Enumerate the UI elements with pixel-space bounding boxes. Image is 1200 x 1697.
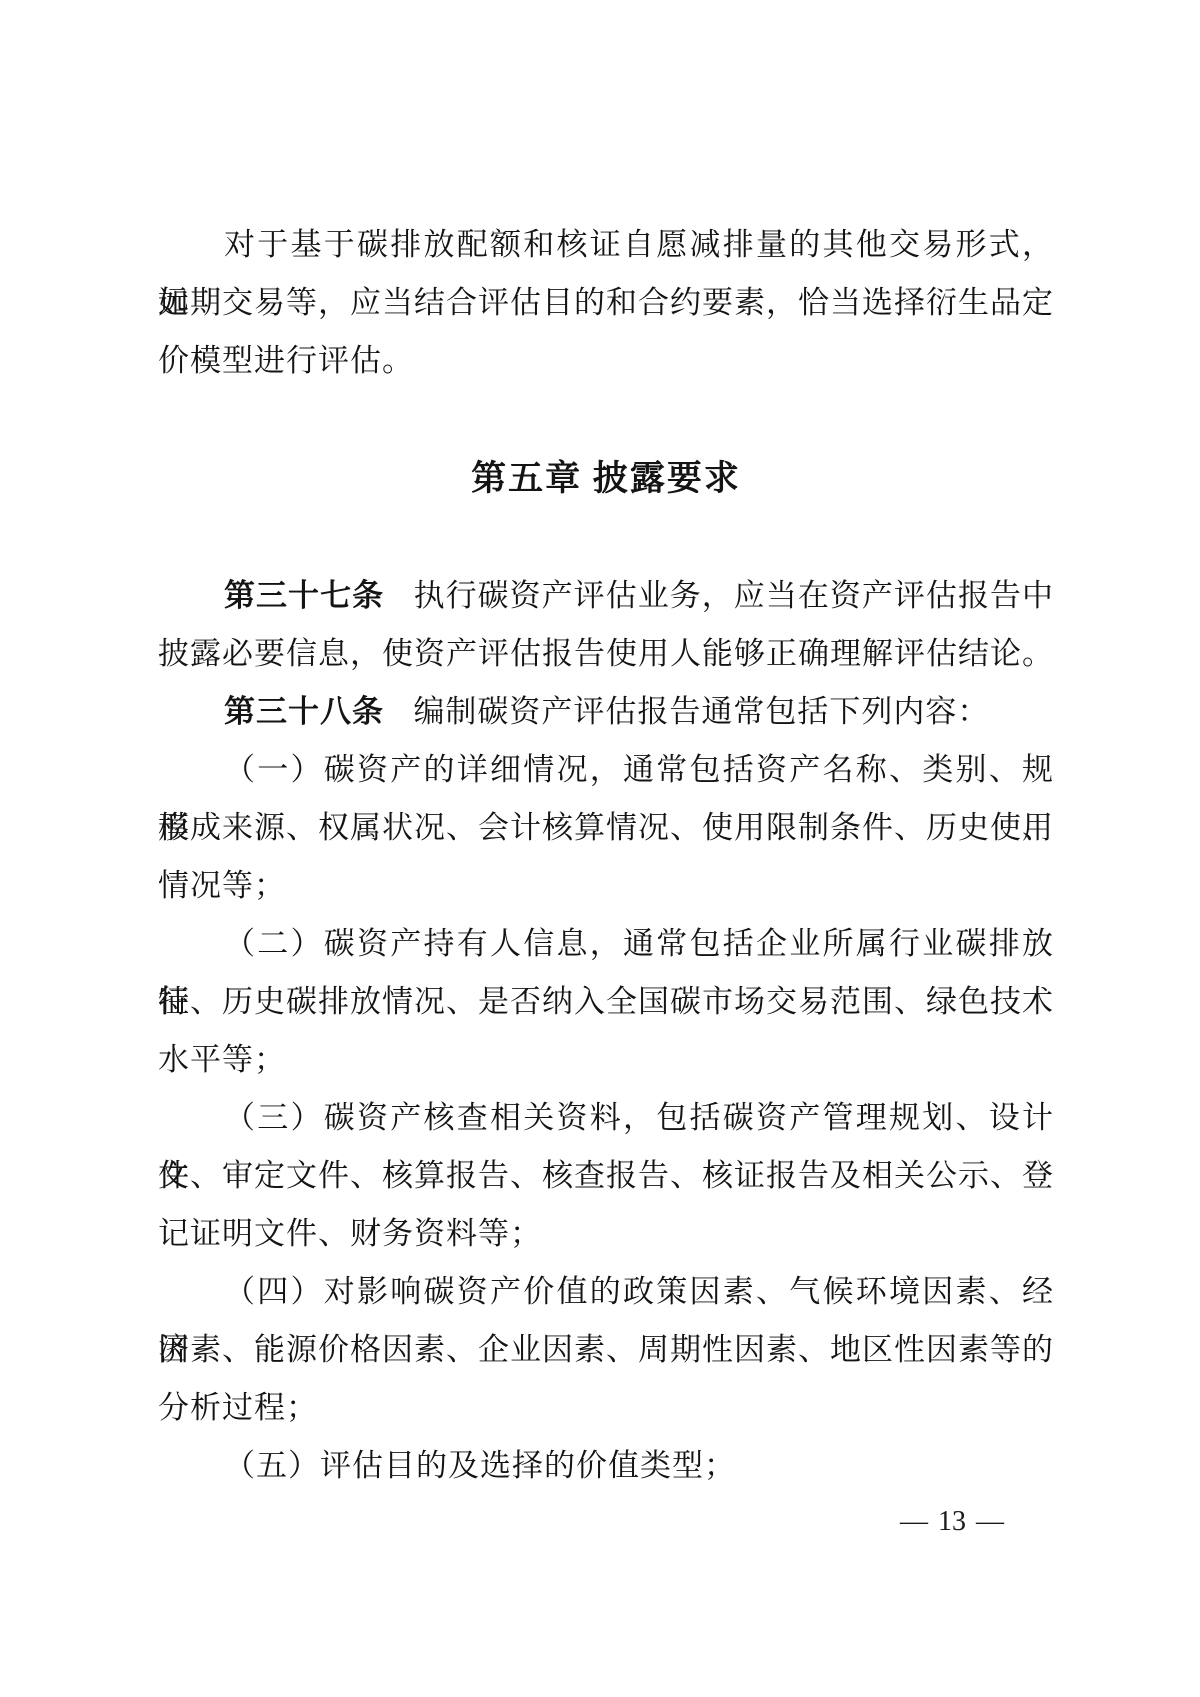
intro-paragraph-line-2: 远期交易等，应当结合评估目的和合约要素，恰当选择衍生品定	[158, 274, 1054, 332]
footer-dash-right: —	[976, 1506, 1004, 1537]
article-38-line-1: 第三十八条编制碳资产评估报告通常包括下列内容：	[158, 683, 1054, 741]
chapter-heading: 第五章 披露要求	[158, 450, 1054, 508]
article-38-item-1-line-3: 情况等；	[158, 857, 1054, 915]
article-38-item-2-line-1: （二）碳资产持有人信息，通常包括企业所属行业碳排放特	[158, 915, 1054, 973]
article-37-line-2: 披露必要信息，使资产评估报告使用人能够正确理解评估结论。	[158, 625, 1054, 683]
article-37-text: 执行碳资产评估业务，应当在资产评估报告中	[414, 578, 1054, 613]
page-footer: —13—	[900, 1506, 1030, 1538]
document-body: 对于基于碳排放配额和核证自愿减排量的其他交易形式，如 远期交易等，应当结合评估目…	[158, 216, 1054, 1495]
article-38-item-1-line-2: 形成来源、权属状况、会计核算情况、使用限制条件、历史使用	[158, 799, 1054, 857]
article-38-item-3-line-2: 件、审定文件、核算报告、核查报告、核证报告及相关公示、登	[158, 1147, 1054, 1205]
footer-dash-left: —	[900, 1506, 928, 1537]
article-38-text: 编制碳资产评估报告通常包括下列内容：	[413, 694, 989, 729]
article-37-line-1: 第三十七条执行碳资产评估业务，应当在资产评估报告中	[158, 567, 1054, 625]
article-38-item-4-line-2: 因素、能源价格因素、企业因素、周期性因素、地区性因素等的	[158, 1321, 1054, 1379]
intro-paragraph-line-3: 价模型进行评估。	[158, 332, 1054, 390]
article-38-number: 第三十八条	[224, 694, 384, 729]
article-38-item-4-line-1: （四）对影响碳资产价值的政策因素、气候环境因素、经济	[158, 1263, 1054, 1321]
article-38-item-1-line-1: （一）碳资产的详细情况，通常包括资产名称、类别、规模、	[158, 741, 1054, 799]
article-38-item-3-line-1: （三）碳资产核查相关资料，包括碳资产管理规划、设计文	[158, 1089, 1054, 1147]
article-38-item-2-line-2: 征、历史碳排放情况、是否纳入全国碳市场交易范围、绿色技术	[158, 973, 1054, 1031]
intro-paragraph-line-1: 对于基于碳排放配额和核证自愿减排量的其他交易形式，如	[158, 216, 1054, 274]
article-38-item-4-line-3: 分析过程；	[158, 1379, 1054, 1437]
article-38-item-2-line-3: 水平等；	[158, 1031, 1054, 1089]
document-page: 对于基于碳排放配额和核证自愿减排量的其他交易形式，如 远期交易等，应当结合评估目…	[0, 0, 1200, 1697]
article-38-item-5-line-1: （五）评估目的及选择的价值类型；	[158, 1437, 1054, 1495]
article-37-number: 第三十七条	[224, 578, 384, 613]
article-38-item-3-line-3: 记证明文件、财务资料等；	[158, 1205, 1054, 1263]
page-number: 13	[938, 1506, 966, 1537]
